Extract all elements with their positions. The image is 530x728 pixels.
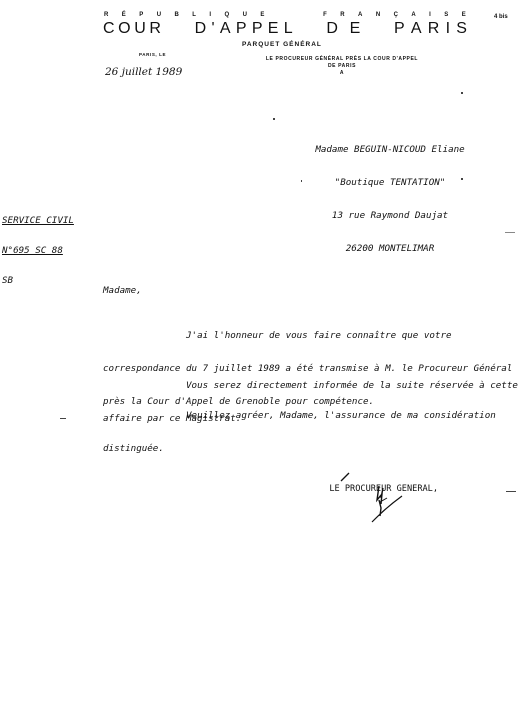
letter-date: 26 juillet 1989 <box>105 66 182 78</box>
service-name: SERVICE CIVIL <box>2 216 74 226</box>
paragraph-line: J'ai l'honneur de vous faire connaître q… <box>103 330 513 341</box>
court-word-de: DE <box>326 20 360 38</box>
sender-line: A <box>242 70 442 77</box>
recipient-address: Madame BEGUIN-NICOUD Eliane "Boutique TE… <box>305 122 475 265</box>
republic-letter <box>278 12 280 18</box>
sender-line: LE PROCUREUR GÉNÉRAL PRÈS LA COUR D'APPE… <box>242 56 442 63</box>
republic-letter: I <box>209 12 211 18</box>
court-letter: S <box>456 20 467 38</box>
court-title: COUR D'APPEL DE PARIS <box>103 20 467 38</box>
reference-block: SERVICE CIVIL N°695 SC 88 SB <box>2 196 74 296</box>
republic-letter <box>293 12 295 18</box>
address-line: 26200 MONTELIMAR <box>305 243 475 254</box>
republic-letter: I <box>429 12 431 18</box>
republic-letter: P <box>139 12 143 18</box>
republic-letter: U <box>243 12 247 18</box>
republic-letter: Ç <box>394 12 398 18</box>
republic-letter: S <box>444 12 448 18</box>
salutation: Madame, <box>103 285 142 296</box>
court-letter: R <box>428 20 440 38</box>
scan-speck <box>461 178 463 180</box>
republic-letter <box>308 12 310 18</box>
paragraph-line: Veuillez agréer, Madame, l'assurance de … <box>103 410 513 421</box>
scan-speck <box>60 418 66 419</box>
court-word-paris: PARIS <box>394 20 467 38</box>
sender-line: DE PARIS <box>242 63 442 70</box>
paragraph-3: Veuillez agréer, Madame, l'assurance de … <box>103 388 513 465</box>
republic-letter: F <box>323 12 327 18</box>
scan-speck <box>301 180 302 182</box>
republic-letter: Q <box>224 12 229 18</box>
court-letter: E <box>268 20 279 38</box>
reference-initials: SB <box>2 276 74 286</box>
signature-icon <box>360 464 410 506</box>
parquet-label: PARQUET GÉNÉRAL <box>242 41 322 48</box>
slash-mark-icon <box>319 462 329 472</box>
court-letter: A <box>411 20 422 38</box>
republic-letter: É <box>122 12 126 18</box>
republic-letter: N <box>376 12 380 18</box>
court-word-dappel: D'APPEL <box>195 20 293 38</box>
sender-block: LE PROCUREUR GÉNÉRAL PRÈS LA COUR D'APPE… <box>242 56 442 77</box>
court-letter: O <box>118 20 130 38</box>
scan-speck <box>505 232 515 233</box>
republic-letter: B <box>174 12 178 18</box>
court-letter: E <box>350 20 361 38</box>
court-letter: A <box>220 20 231 38</box>
address-line: 13 rue Raymond Daujat <box>305 210 475 221</box>
republic-letter: L <box>192 12 196 18</box>
republic-header: RÉPUBLIQUE FRANÇAISE <box>104 12 466 18</box>
court-letter: C <box>103 20 115 38</box>
court-letter: P <box>394 20 405 38</box>
address-line: "Boutique TENTATION" <box>305 177 475 188</box>
scan-speck <box>506 491 516 492</box>
court-word-cour: COUR <box>103 20 161 38</box>
republic-letter: R <box>104 12 108 18</box>
court-letter: P <box>252 20 263 38</box>
court-letter: I <box>446 20 450 38</box>
republic-letter: E <box>260 12 264 18</box>
scan-speck <box>273 118 275 120</box>
place-label: PARIS, LE <box>139 52 166 57</box>
court-letter: D <box>326 20 338 38</box>
reference-number: N°695 SC 88 <box>2 246 74 256</box>
court-letter: U <box>134 20 146 38</box>
republic-letter: E <box>462 12 466 18</box>
court-letter: D <box>195 20 207 38</box>
republic-letter: A <box>358 12 362 18</box>
court-letter: R <box>149 20 161 38</box>
address-line: Madame BEGUIN-NICOUD Eliane <box>305 144 475 155</box>
court-letter: ' <box>212 20 215 38</box>
reference-mark: 4 bis <box>494 14 508 20</box>
scan-speck <box>461 92 463 94</box>
paragraph-line: distinguée. <box>103 443 513 454</box>
republic-letter: R <box>340 12 344 18</box>
court-letter: P <box>236 20 247 38</box>
republic-letter: U <box>157 12 161 18</box>
republic-letter: A <box>411 12 415 18</box>
court-letter: L <box>284 20 293 38</box>
